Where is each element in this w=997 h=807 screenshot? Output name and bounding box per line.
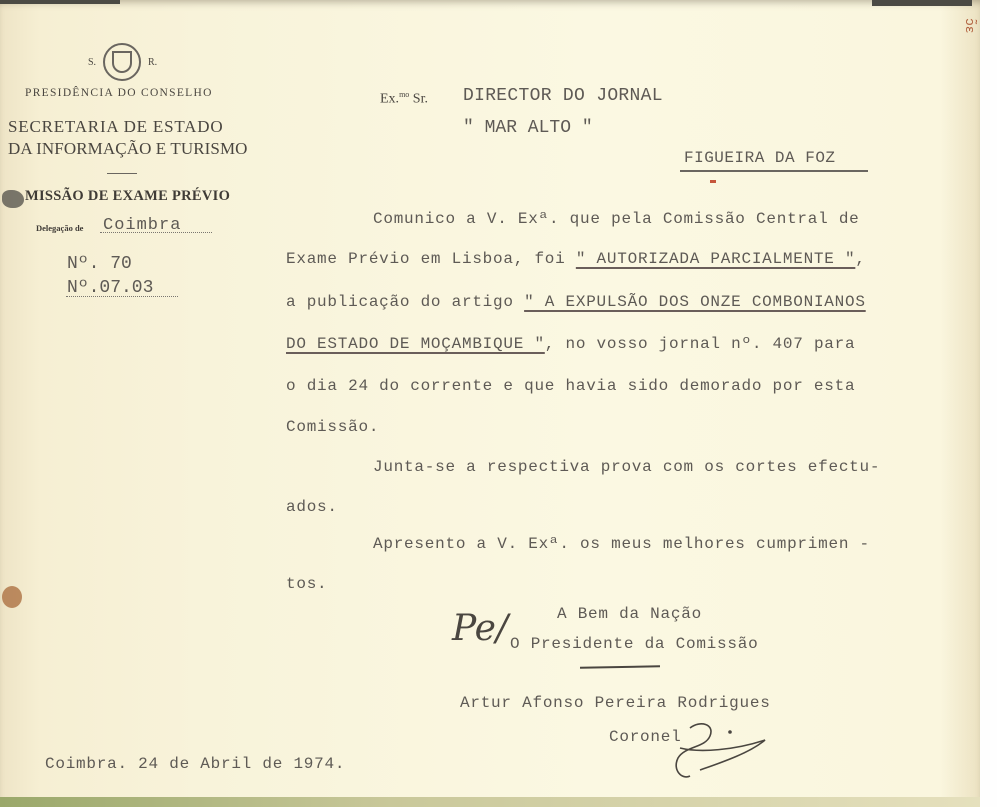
signatory-name: Artur Afonso Pereira Rodrigues [460,694,771,712]
ink-blot [2,190,24,208]
secretariat-line-2: DA INFORMAÇÃO E TURISMO [8,139,248,159]
letterhead-divider [107,173,137,174]
signatory-title: O Presidente da Comissão [510,635,758,653]
scan-edge-shadow-right [872,0,972,6]
article-title: " A EXPULSÃO DOS ONZE COMBONIANOS [524,293,866,311]
margin-annotation: ɔ̃ɛ [962,18,977,34]
body-line: Apresento a V. Exª. os meus melhores cum… [373,535,870,553]
coat-of-arms-icon [103,43,141,81]
reference-number: Nº. 70 [67,254,132,274]
body-line: tos. [286,575,327,593]
handwritten-pp: Pe/ [452,608,508,649]
body-line: ados. [286,498,338,516]
decision-text: " AUTORIZADA PARCIALMENTE " [576,250,856,268]
body-line: Exame Prévio em Lisboa, foi " AUTORIZADA… [286,250,866,268]
red-pencil-mark [710,180,716,183]
addressee-line-2: " MAR ALTO " [463,118,593,138]
signature-flourish [580,665,660,668]
handwritten-signature-icon [660,718,780,780]
body-line: o dia 24 do corrente e que havia sido de… [286,377,855,395]
delegation-label: Delegação de [36,223,83,233]
closing-motto: A Bem da Nação [557,605,702,623]
scan-margin [980,0,997,807]
article-title-cont: DO ESTADO DE MOÇAMBIQUE " [286,335,545,353]
delegation-dotted-line [100,232,212,233]
letter-page: S. R. PRESIDÊNCIA DO CONSELHO SECRETARIA… [0,0,980,807]
body-line: Comunico a V. Exª. que pela Comissão Cen… [373,210,860,228]
reference-dotted-line [66,296,178,297]
addressee-line-1: DIRECTOR DO JORNAL [463,86,663,106]
presidency-heading: PRESIDÊNCIA DO CONSELHO [25,87,213,99]
scan-edge-shadow [0,0,120,4]
addressee-city: FIGUEIRA DA FOZ [684,149,836,167]
rust-stain [2,586,22,608]
commission-heading: MISSÃO DE EXAME PRÉVIO [25,188,230,205]
body-line: Comissão. [286,418,379,436]
reference-code: Nº.07.03 [67,278,153,298]
salutation: Ex.mo Sr. [380,90,428,108]
crest-label-left: S. [88,57,96,68]
secretariat-line-1: SECRETARIA DE ESTADO [8,117,223,137]
underlying-page-edge [0,797,980,807]
place-and-date: Coimbra. 24 de Abril de 1974. [45,755,345,773]
body-line: DO ESTADO DE MOÇAMBIQUE ", no vosso jorn… [286,335,855,353]
body-line: a publicação do artigo " A EXPULSÃO DOS … [286,293,866,311]
city-underline [680,170,868,172]
body-line: Junta-se a respectiva prova com os corte… [373,458,880,476]
crest-label-right: R. [148,57,157,68]
